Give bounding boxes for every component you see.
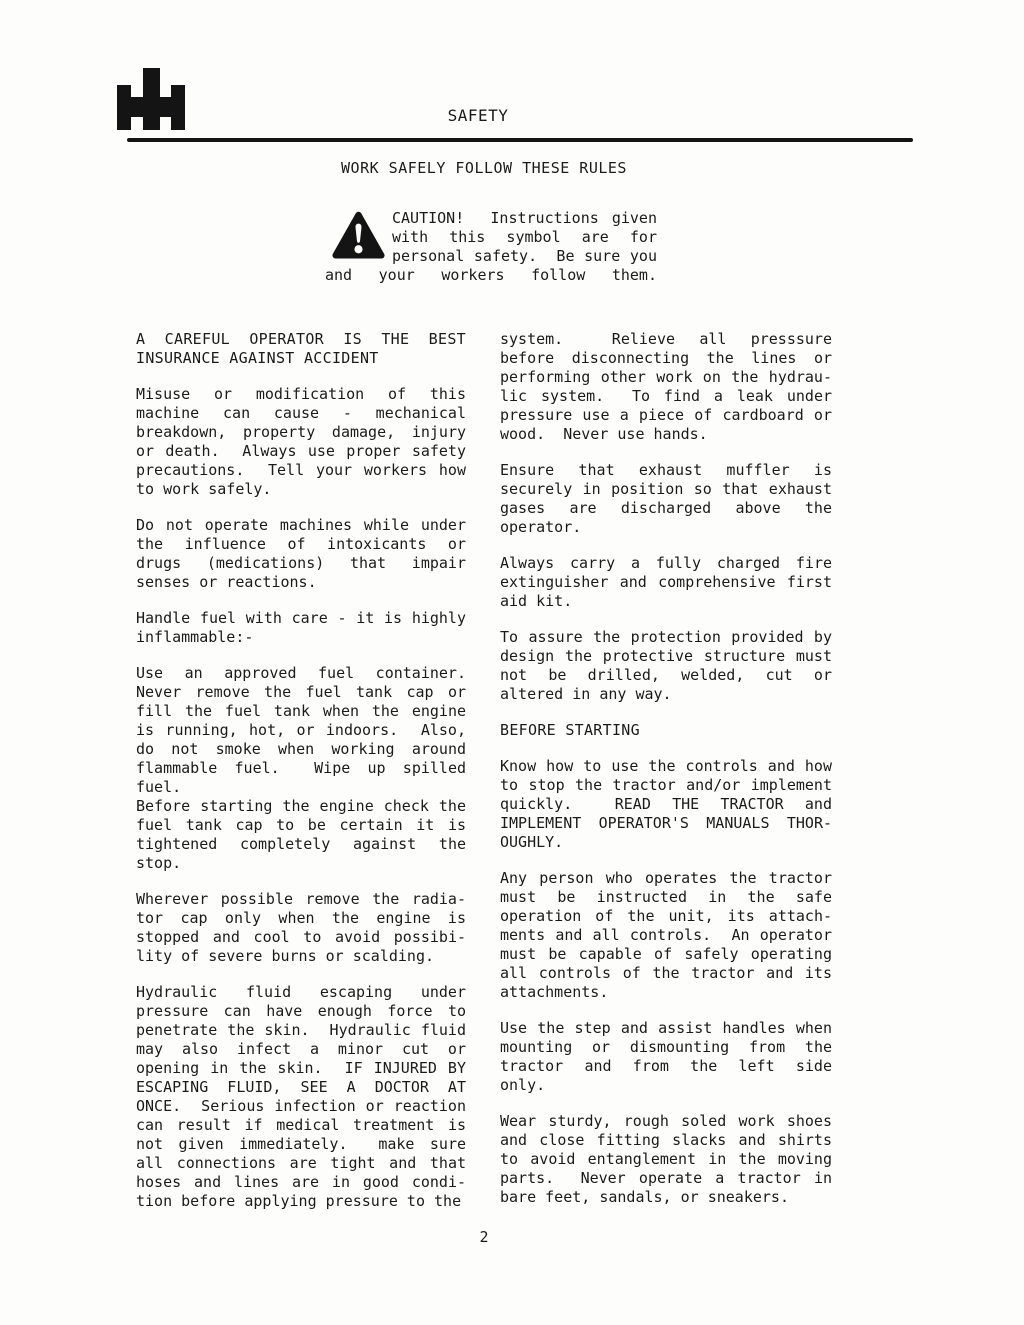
paragraph: Know how to use the controls and howto s… — [500, 757, 832, 852]
text-line: ments and all controls. An operator — [500, 926, 832, 945]
text-line: Never remove the fuel tank cap or — [136, 683, 466, 702]
text-line: drugs (medications) that impair — [136, 554, 466, 573]
text-line: system. Relieve all presssure — [500, 330, 832, 349]
paragraph: To assure the protection provided bydesi… — [500, 628, 832, 704]
text-line: IMPLEMENT OPERATOR'S MANUALS THOR- — [500, 814, 832, 833]
text-line: gases are discharged above the — [500, 499, 832, 518]
caution-line: and your workers follow them. — [325, 266, 657, 285]
text-line: operator. — [500, 518, 832, 537]
text-line: hoses and lines are in good condi- — [136, 1173, 466, 1192]
text-line: ESCAPING FLUID, SEE A DOCTOR AT — [136, 1078, 466, 1097]
text-line: fuel. — [136, 778, 466, 797]
text-line: Use the step and assist handles when — [500, 1019, 832, 1038]
section-heading: A CAREFUL OPERATOR IS THE BESTINSURANCE … — [136, 330, 466, 368]
header-rule — [127, 138, 913, 142]
text-line: OUGHLY. — [500, 833, 832, 852]
text-line: may also infect a minor cut or — [136, 1040, 466, 1059]
text-line: fuel tank cap to be certain it is — [136, 816, 466, 835]
text-line: Misuse or modification of this — [136, 385, 466, 404]
caution-note: CAUTION! Instructions givenwith this sym… — [325, 209, 657, 285]
text-line: Know how to use the controls and how — [500, 757, 832, 776]
text-line: stopped and cool to avoid possibi- — [136, 928, 466, 947]
text-line: aid kit. — [500, 592, 832, 611]
warning-triangle-icon — [332, 210, 385, 262]
text-line: senses or reactions. — [136, 573, 466, 592]
paragraph: system. Relieve all presssurebefore disc… — [500, 330, 832, 444]
text-line: Ensure that exhaust muffler is — [500, 461, 832, 480]
text-line: Wherever possible remove the radia- — [136, 890, 466, 909]
paragraph: Misuse or modification of thismachine ca… — [136, 385, 466, 499]
text-line: inflammable:- — [136, 628, 466, 647]
text-line: Before starting the engine check the — [136, 797, 466, 816]
text-line: wood. Never use hands. — [500, 425, 832, 444]
manual-page: SAFETY WORK SAFELY FOLLOW THESE RULES CA… — [0, 0, 1024, 1325]
text-line: not given immediately. make sure — [136, 1135, 466, 1154]
text-line: can result if medical treatment is — [136, 1116, 466, 1135]
paragraph: Use an approved fuel container.Never rem… — [136, 664, 466, 873]
text-line: extinguisher and comprehensive first — [500, 573, 832, 592]
paragraph: Ensure that exhaust muffler issecurely i… — [500, 461, 832, 537]
text-line: lic system. To find a leak under — [500, 387, 832, 406]
text-line: all controls of the tractor and its — [500, 964, 832, 983]
text-line: performing other work on the hydrau- — [500, 368, 832, 387]
text-line: BEFORE STARTING — [500, 721, 832, 740]
text-line: quickly. READ THE TRACTOR and — [500, 795, 832, 814]
text-line: Do not operate machines while under — [136, 516, 466, 535]
text-line: all connections are tight and that — [136, 1154, 466, 1173]
text-line: fill the fuel tank when the engine — [136, 702, 466, 721]
text-line: Hydraulic fluid escaping under — [136, 983, 466, 1002]
text-line: tractor and from the left side — [500, 1057, 832, 1076]
text-line: tightened completely against the — [136, 835, 466, 854]
text-line: and close fitting slacks and shirts — [500, 1131, 832, 1150]
paragraph: Wherever possible remove the radia-tor c… — [136, 890, 466, 966]
text-line: Always carry a fully charged fire — [500, 554, 832, 573]
text-line: must be capable of safely operating — [500, 945, 832, 964]
text-line: opening in the skin. IF INJURED BY — [136, 1059, 466, 1078]
text-line: tor cap only when the engine is — [136, 909, 466, 928]
text-line: Handle fuel with care - it is highly — [136, 609, 466, 628]
text-line: penetrate the skin. Hydraulic fluid — [136, 1021, 466, 1040]
text-line: is running, hot, or indoors. Also, — [136, 721, 466, 740]
paragraph: Handle fuel with care - it is highlyinfl… — [136, 609, 466, 647]
text-line: securely in position so that exhaust — [500, 480, 832, 499]
text-line: stop. — [136, 854, 466, 873]
text-line: do not smoke when working around — [136, 740, 466, 759]
text-line: Wear sturdy, rough soled work shoes — [500, 1112, 832, 1131]
paragraph: Do not operate machines while underthe i… — [136, 516, 466, 592]
paragraph: Wear sturdy, rough soled work shoesand c… — [500, 1112, 832, 1207]
text-line: tion before applying pressure to the — [136, 1192, 466, 1211]
text-line: machine can cause - mechanical — [136, 404, 466, 423]
text-line: pressure use a piece of cardboard or — [500, 406, 832, 425]
paragraph: Any person who operates the tractormust … — [500, 869, 832, 1002]
text-line: precautions. Tell your workers how — [136, 461, 466, 480]
text-line: altered in any way. — [500, 685, 832, 704]
text-line: not be drilled, welded, cut or — [500, 666, 832, 685]
text-line: Use an approved fuel container. — [136, 664, 466, 683]
text-line: or death. Always use proper safety — [136, 442, 466, 461]
paragraph: Always carry a fully charged fireextingu… — [500, 554, 832, 611]
page-number: 2 — [136, 1228, 832, 1246]
paragraph: Hydraulic fluid escaping underpressure c… — [136, 983, 466, 1211]
text-line: operation of the unit, its attach- — [500, 907, 832, 926]
text-line: bare feet, sandals, or sneakers. — [500, 1188, 832, 1207]
text-line: to work safely. — [136, 480, 466, 499]
text-line: before disconnecting the lines or — [500, 349, 832, 368]
section-heading: BEFORE STARTING — [500, 721, 832, 740]
text-line: only. — [500, 1076, 832, 1095]
left-column: A CAREFUL OPERATOR IS THE BESTINSURANCE … — [136, 330, 466, 1228]
text-line: breakdown, property damage, injury — [136, 423, 466, 442]
text-line: pressure can have enough force to — [136, 1002, 466, 1021]
text-line: flammable fuel. Wipe up spilled — [136, 759, 466, 778]
text-line: must be instructed in the safe — [500, 888, 832, 907]
page-subtitle: WORK SAFELY FOLLOW THESE RULES — [0, 159, 968, 177]
text-line: attachments. — [500, 983, 832, 1002]
text-line: to avoid entanglement in the moving — [500, 1150, 832, 1169]
text-line: parts. Never operate a tractor in — [500, 1169, 832, 1188]
text-line: To assure the protection provided by — [500, 628, 832, 647]
text-line: mounting or dismounting from the — [500, 1038, 832, 1057]
text-line: ONCE. Serious infection or reaction — [136, 1097, 466, 1116]
text-line: to stop the tractor and/or implement — [500, 776, 832, 795]
text-line: Any person who operates the tractor — [500, 869, 832, 888]
text-line: INSURANCE AGAINST ACCIDENT — [136, 349, 466, 368]
text-line: lity of severe burns or scalding. — [136, 947, 466, 966]
text-line: A CAREFUL OPERATOR IS THE BEST — [136, 330, 466, 349]
paragraph: Use the step and assist handles whenmoun… — [500, 1019, 832, 1095]
text-line: design the protective structure must — [500, 647, 832, 666]
page-title: SAFETY — [0, 106, 956, 125]
right-column: system. Relieve all presssurebefore disc… — [500, 330, 832, 1224]
text-line: the influence of intoxicants or — [136, 535, 466, 554]
